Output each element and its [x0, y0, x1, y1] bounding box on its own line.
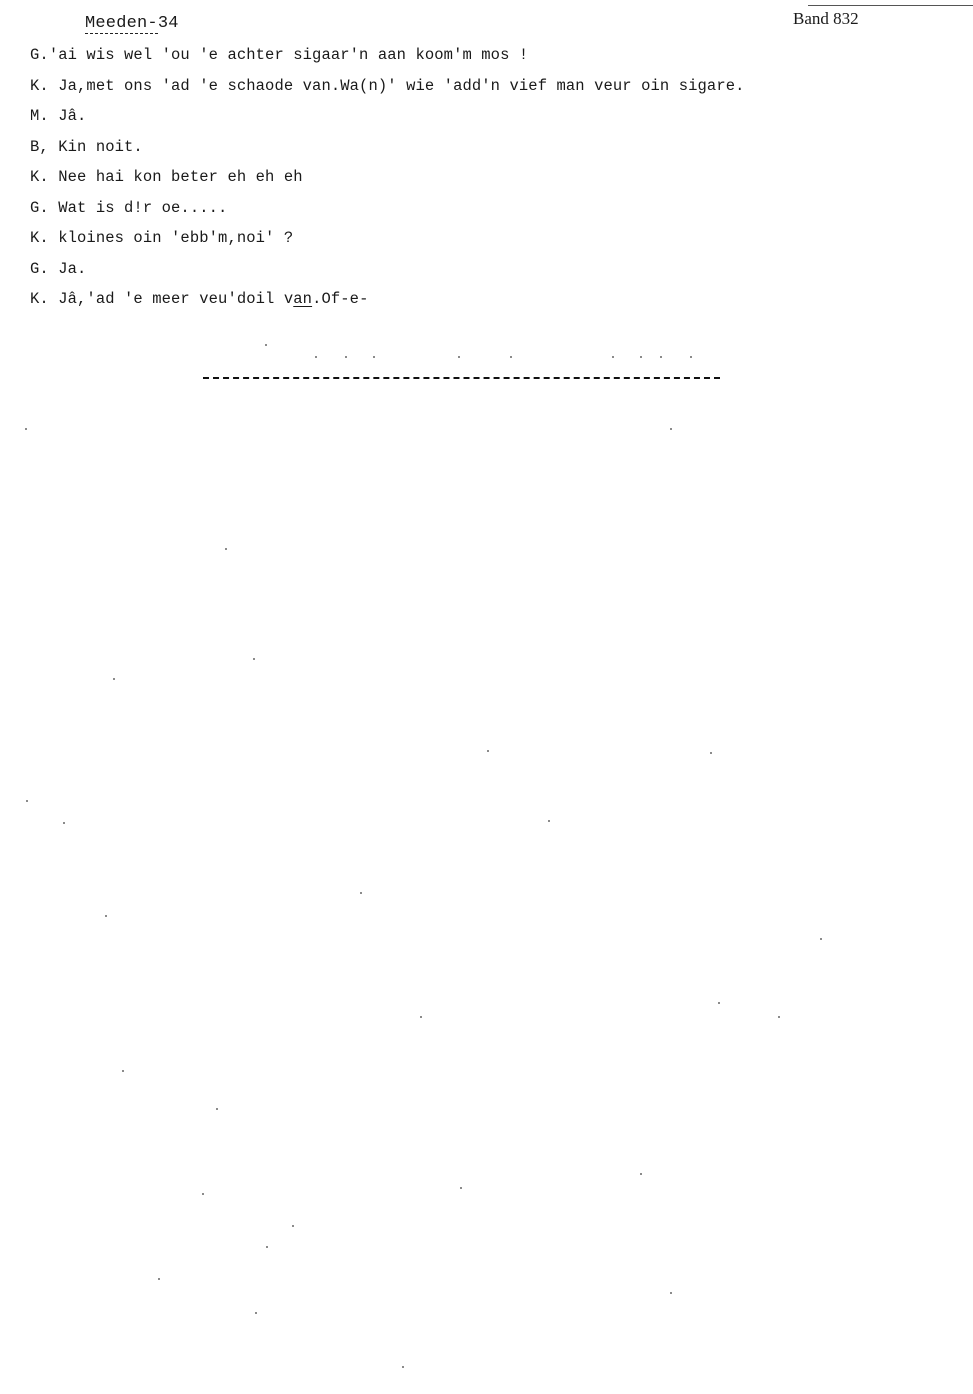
scan-speck: [26, 800, 28, 802]
utterance-start: Jâ,'ad 'e meer veu'doil v: [49, 290, 293, 308]
speaker-label: K.: [30, 77, 49, 95]
transcript-line: G. Ja.: [30, 258, 745, 289]
scan-speck: [402, 1366, 404, 1368]
utterance: 'ai wis wel 'ou 'e achter sigaar'n aan k…: [49, 46, 528, 64]
scan-speck: [373, 356, 375, 358]
scan-speck: [690, 356, 692, 358]
scan-speck: [487, 750, 489, 752]
speaker-label: K.: [30, 290, 49, 308]
transcript-line: K. kloines oin 'ebb'm,noi' ?: [30, 227, 745, 258]
utterance: kloines oin 'ebb'm,noi' ?: [49, 229, 293, 247]
scan-speck: [510, 356, 512, 358]
top-margin-rule: [808, 5, 973, 6]
page-title: Meeden-34: [85, 14, 179, 33]
document-page: Meeden-34 Band 832 G.'ai wis wel 'ou 'e …: [0, 0, 973, 1394]
scan-speck: [216, 1108, 218, 1110]
scan-speck: [420, 1016, 422, 1018]
scan-speck: [113, 678, 115, 680]
scan-speck: [670, 428, 672, 430]
title-underlined-part: Meeden-: [85, 14, 158, 34]
scan-speck: [820, 938, 822, 940]
scan-speck: [202, 1193, 204, 1195]
speaker-label: K.: [30, 168, 49, 186]
speaker-label: G.: [30, 199, 49, 217]
scan-speck: [25, 428, 27, 430]
speaker-label: G.: [30, 46, 49, 64]
utterance: Kin noit.: [49, 138, 143, 156]
scan-speck: [710, 752, 712, 754]
scan-speck: [458, 356, 460, 358]
scan-speck: [315, 356, 317, 358]
scan-speck: [460, 1187, 462, 1189]
scan-speck: [225, 548, 227, 550]
scan-speck: [718, 1002, 720, 1004]
scan-speck: [63, 822, 65, 824]
transcript-line: K. Ja,met ons 'ad 'e schaode van.Wa(n)' …: [30, 75, 745, 106]
scan-speck: [158, 1278, 160, 1280]
speaker-label: G.: [30, 260, 49, 278]
transcript-line: B, Kin noit.: [30, 136, 745, 167]
scan-speck: [778, 1016, 780, 1018]
scan-speck: [345, 356, 347, 358]
transcript-line: G. Wat is d!r oe.....: [30, 197, 745, 228]
scan-speck: [253, 658, 255, 660]
scan-speck: [670, 1292, 672, 1294]
underlined-fragment: an: [293, 290, 312, 308]
scan-speck: [292, 1225, 294, 1227]
scan-speck: [612, 356, 614, 358]
scan-speck: [255, 1312, 257, 1314]
utterance: Wat is d!r oe.....: [49, 199, 228, 217]
title-number: 34: [158, 14, 179, 33]
utterance: Ja.: [49, 260, 87, 278]
scan-speck: [122, 1070, 124, 1072]
scan-speck: [548, 820, 550, 822]
transcript-line: G.'ai wis wel 'ou 'e achter sigaar'n aan…: [30, 44, 745, 75]
scan-speck: [640, 1173, 642, 1175]
transcript: G.'ai wis wel 'ou 'e achter sigaar'n aan…: [30, 44, 745, 319]
speaker-label: K.: [30, 229, 49, 247]
band-number: Band 832: [793, 9, 859, 29]
scan-speck: [105, 915, 107, 917]
scan-speck: [640, 356, 642, 358]
utterance: Jâ.: [49, 107, 87, 125]
transcript-line: K. Jâ,'ad 'e meer veu'doil van.Of-e-: [30, 288, 745, 319]
scan-speck: [660, 356, 662, 358]
scan-speck: [266, 1246, 268, 1248]
transcript-line: M. Jâ.: [30, 105, 745, 136]
speaker-label: B,: [30, 138, 49, 156]
speaker-label: M.: [30, 107, 49, 125]
utterance-end: .Of-e-: [312, 290, 368, 308]
utterance: Nee hai kon beter eh eh eh: [49, 168, 303, 186]
transcript-line: K. Nee hai kon beter eh eh eh: [30, 166, 745, 197]
end-divider-rule: [203, 377, 720, 379]
scan-speck: [265, 344, 267, 346]
scan-speck: [360, 892, 362, 894]
utterance: Ja,met ons 'ad 'e schaode van.Wa(n)' wie…: [49, 77, 745, 95]
